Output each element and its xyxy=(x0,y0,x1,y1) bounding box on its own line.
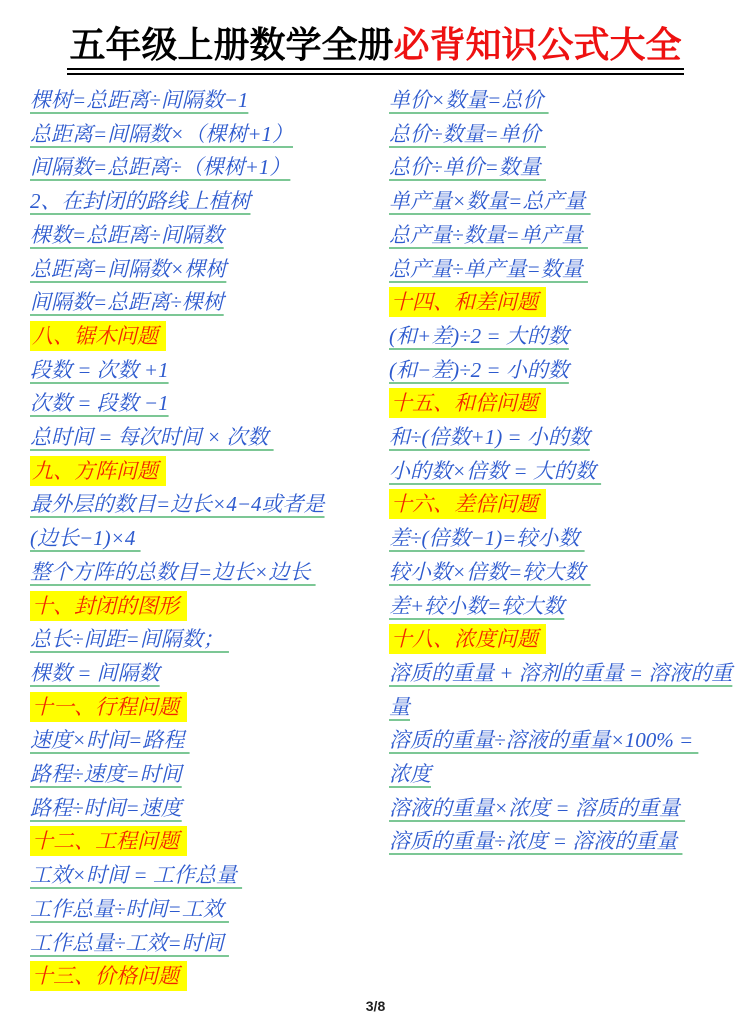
formula-text: 总时间 = 每次时间 × 次数 xyxy=(30,425,274,449)
formula-line: 工作总量÷工效=时间 xyxy=(30,927,380,961)
formula-text: 最外层的数目=边长×4−4或者是 (边长−1)×4 xyxy=(30,492,325,550)
formula-line: 差+较小数=较大数 xyxy=(389,590,745,624)
formula-text: 单产量×数量=总产量 xyxy=(389,189,591,213)
formula-text: 2、在封闭的路线上植树 xyxy=(30,189,251,213)
section-heading-text: 十四、和差问题 xyxy=(389,287,546,317)
formula-line: 最外层的数目=边长×4−4或者是 (边长−1)×4 xyxy=(30,488,380,555)
page-footer: 3/8 xyxy=(0,998,751,1014)
section-heading-text: 十三、价格问题 xyxy=(30,961,187,991)
formula-text: 工作总量÷时间=工效 xyxy=(30,897,229,921)
formula-text: 次数 = 段数 −1 xyxy=(30,391,169,415)
section-heading-text: 八、锯木问题 xyxy=(30,321,166,351)
formula-line: 总价÷数量=单价 xyxy=(389,118,745,152)
formula-line: 工作总量÷时间=工效 xyxy=(30,893,380,927)
formula-line: 2、在封闭的路线上植树 xyxy=(30,185,380,219)
formula-text: 总产量÷数量=单产量 xyxy=(389,223,588,247)
formula-line: 总价÷单价=数量 xyxy=(389,151,745,185)
formula-line: 单价×数量=总价 xyxy=(389,84,745,118)
formula-line: 溶质的重量÷溶液的重量×100% = 浓度 xyxy=(389,724,745,791)
section-heading-text: 十六、差倍问题 xyxy=(389,489,546,519)
formula-text: 间隔数=总距离÷棵树 xyxy=(30,290,224,314)
formula-line: 棵树=总距离÷间隔数−1 xyxy=(30,84,380,118)
section-heading-text: 十八、浓度问题 xyxy=(389,624,546,654)
section-heading: 十一、行程问题 xyxy=(30,691,380,725)
formula-text: 路程÷时间=速度 xyxy=(30,796,182,820)
title-black-part: 五年级上册数学全册 xyxy=(69,24,393,65)
formula-text: 工效×时间 = 工作总量 xyxy=(30,863,242,887)
formula-line: (和+差)÷2 = 大的数 xyxy=(389,320,745,354)
formula-text: 路程÷速度=时间 xyxy=(30,762,182,786)
formula-line: 差÷(倍数−1)=较小数 xyxy=(389,522,745,556)
formula-line: 棵数 = 间隔数 xyxy=(30,657,380,691)
section-heading-text: 十、封闭的图形 xyxy=(30,591,187,621)
formula-line: 路程÷速度=时间 xyxy=(30,758,380,792)
formula-line: 溶液的重量×浓度 = 溶质的重量 xyxy=(389,792,745,826)
formula-text: 溶质的重量 + 溶剂的重量 = 溶液的重 量 xyxy=(389,661,732,719)
title-red-part: 必背知识公式大全 xyxy=(394,24,682,65)
formula-line: 较小数×倍数=较大数 xyxy=(389,556,745,590)
page-header: 五年级上册数学全册必背知识公式大全 xyxy=(0,24,751,75)
formula-text: 总产量÷单产量=数量 xyxy=(389,257,588,281)
formula-line: 溶质的重量 + 溶剂的重量 = 溶液的重 量 xyxy=(389,657,745,724)
section-heading: 九、方阵问题 xyxy=(30,455,380,489)
formula-line: 整个方阵的总数目=边长×边长 xyxy=(30,556,380,590)
formula-text: 工作总量÷工效=时间 xyxy=(30,931,229,955)
section-heading: 十三、价格问题 xyxy=(30,960,380,994)
formula-text: 段数 = 次数 +1 xyxy=(30,358,169,382)
right-column: 单价×数量=总价 总价÷数量=单价 总价÷单价=数量 单产量×数量=总产量 总产… xyxy=(389,84,745,859)
formula-text: 整个方阵的总数目=边长×边长 xyxy=(30,560,316,584)
formula-line: 小的数×倍数 = 大的数 xyxy=(389,455,745,489)
formula-line: 速度×时间=路程 xyxy=(30,724,380,758)
formula-line: 总长÷间距=间隔数； xyxy=(30,623,380,657)
section-heading: 十四、和差问题 xyxy=(389,286,745,320)
formula-line: 和÷(倍数+1) = 小的数 xyxy=(389,421,745,455)
section-heading-text: 九、方阵问题 xyxy=(30,456,166,486)
formula-text: (和−差)÷2 = 小的数 xyxy=(389,358,569,382)
formula-line: 总产量÷数量=单产量 xyxy=(389,219,745,253)
formula-text: 溶质的重量÷浓度 = 溶液的重量 xyxy=(389,829,682,853)
formula-text: 总价÷数量=单价 xyxy=(389,122,546,146)
page-title: 五年级上册数学全册必背知识公式大全 xyxy=(67,24,683,75)
formula-text: 速度×时间=路程 xyxy=(30,728,190,752)
formula-text: 差+较小数=较大数 xyxy=(389,594,564,618)
left-column: 棵树=总距离÷间隔数−1 总距离=间隔数×（棵树+1） 间隔数=总距离÷（棵树+… xyxy=(30,84,380,994)
document-page: 五年级上册数学全册必背知识公式大全 棵树=总距离÷间隔数−1 总距离=间隔数×（… xyxy=(0,0,751,1024)
formula-line: 总距离=间隔数×（棵树+1） xyxy=(30,118,380,152)
formula-line: 路程÷时间=速度 xyxy=(30,792,380,826)
section-heading-text: 十二、工程问题 xyxy=(30,826,187,856)
formula-line: (和−差)÷2 = 小的数 xyxy=(389,354,745,388)
formula-text: 差÷(倍数−1)=较小数 xyxy=(389,526,585,550)
formula-text: 总距离=间隔数×棵树 xyxy=(30,257,226,281)
formula-text: 棵数 = 间隔数 xyxy=(30,661,160,685)
formula-text: 溶质的重量÷溶液的重量×100% = 浓度 xyxy=(389,728,698,786)
formula-text: (和+差)÷2 = 大的数 xyxy=(389,324,569,348)
formula-text: 总价÷单价=数量 xyxy=(389,155,546,179)
formula-text: 溶液的重量×浓度 = 溶质的重量 xyxy=(389,796,685,820)
formula-line: 棵数=总距离÷间隔数 xyxy=(30,219,380,253)
page-number: 3/8 xyxy=(366,998,385,1014)
formula-text: 总长÷间距=间隔数； xyxy=(30,627,229,651)
formula-text: 棵数=总距离÷间隔数 xyxy=(30,223,224,247)
formula-line: 段数 = 次数 +1 xyxy=(30,354,380,388)
formula-line: 次数 = 段数 −1 xyxy=(30,387,380,421)
section-heading: 十八、浓度问题 xyxy=(389,623,745,657)
formula-line: 单产量×数量=总产量 xyxy=(389,185,745,219)
formula-line: 总距离=间隔数×棵树 xyxy=(30,253,380,287)
formula-line: 溶质的重量÷浓度 = 溶液的重量 xyxy=(389,825,745,859)
section-heading: 十、封闭的图形 xyxy=(30,590,380,624)
formula-line: 间隔数=总距离÷棵树 xyxy=(30,286,380,320)
section-heading-text: 十五、和倍问题 xyxy=(389,388,546,418)
section-heading: 八、锯木问题 xyxy=(30,320,380,354)
section-heading-text: 十一、行程问题 xyxy=(30,692,187,722)
formula-text: 小的数×倍数 = 大的数 xyxy=(389,459,601,483)
section-heading: 十六、差倍问题 xyxy=(389,488,745,522)
formula-line: 总时间 = 每次时间 × 次数 xyxy=(30,421,380,455)
formula-text: 棵树=总距离÷间隔数−1 xyxy=(30,88,248,112)
section-heading: 十五、和倍问题 xyxy=(389,387,745,421)
formula-line: 总产量÷单产量=数量 xyxy=(389,253,745,287)
formula-text: 和÷(倍数+1) = 小的数 xyxy=(389,425,590,449)
formula-text: 总距离=间隔数×（棵树+1） xyxy=(30,122,293,146)
formula-text: 间隔数=总距离÷（棵树+1） xyxy=(30,155,290,179)
section-heading: 十二、工程问题 xyxy=(30,825,380,859)
formula-line: 间隔数=总距离÷（棵树+1） xyxy=(30,151,380,185)
formula-line: 工效×时间 = 工作总量 xyxy=(30,859,380,893)
formula-text: 较小数×倍数=较大数 xyxy=(389,560,591,584)
formula-text: 单价×数量=总价 xyxy=(389,88,549,112)
